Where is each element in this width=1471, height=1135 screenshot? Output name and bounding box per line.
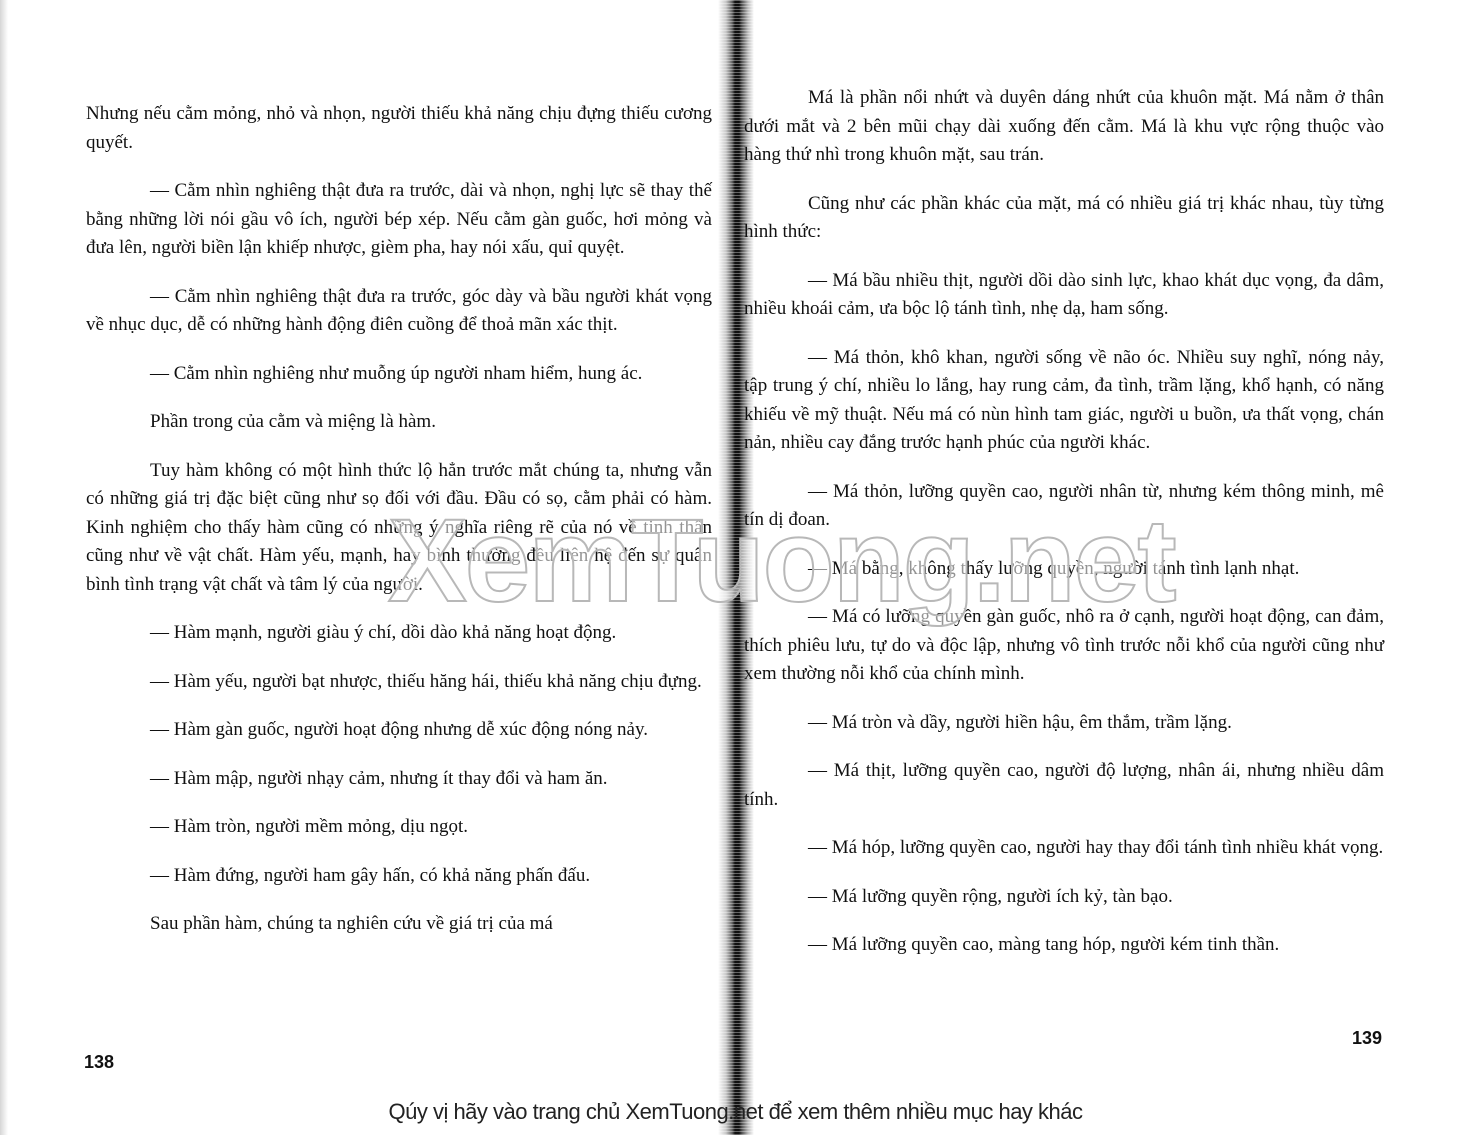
paragraph: — Hàm yếu, người bạt nhược, thiếu hăng h…	[86, 668, 712, 697]
paragraph: Má là phần nổi nhứt và duyên dáng nhứt c…	[744, 84, 1384, 170]
paragraph: — Má bầu nhiều thịt, người dồi dào sinh …	[744, 267, 1384, 324]
paragraph: — Má lưỡng quyền cao, màng tang hóp, ngư…	[744, 931, 1384, 960]
paragraph: — Cằm nhìn nghiêng thật đưa ra trước, dà…	[86, 177, 712, 263]
paragraph: — Má thịt, lưỡng quyền cao, người độ lượ…	[744, 757, 1384, 814]
paragraph: Nhưng nếu cằm mỏng, nhỏ và nhọn, người t…	[86, 100, 712, 157]
paragraph: — Hàm mập, người nhạy cảm, nhưng ít thay…	[86, 765, 712, 794]
left-page-number: 138	[84, 1052, 114, 1073]
paragraph: Cũng như các phần khác của mặt, má có nh…	[744, 190, 1384, 247]
footer-site-link[interactable]: XemTuong.net	[625, 1099, 763, 1124]
paragraph: — Hàm gàn guốc, người hoạt động nhưng dễ…	[86, 716, 712, 745]
right-page: Má là phần nổi nhứt và duyên dáng nhứt c…	[738, 0, 1471, 1090]
footer-banner: Qúy vị hãy vào trang chủ XemTuong.net để…	[0, 1092, 1471, 1132]
footer-text-after: để xem thêm nhiều mục hay khác	[763, 1099, 1083, 1124]
left-page: Nhưng nếu cằm mỏng, nhỏ và nhọn, người t…	[0, 0, 730, 1090]
paragraph: — Hàm tròn, người mềm mỏng, dịu ngọt.	[86, 813, 712, 842]
right-page-text: Má là phần nổi nhứt và duyên dáng nhứt c…	[744, 84, 1384, 980]
paragraph: — Má tròn và dầy, người hiền hậu, êm thắ…	[744, 709, 1384, 738]
right-page-number: 139	[1352, 1028, 1382, 1049]
paragraph: — Má lưỡng quyền rộng, người ích kỷ, tàn…	[744, 883, 1384, 912]
left-page-text: Nhưng nếu cằm mỏng, nhỏ và nhọn, người t…	[86, 100, 712, 959]
paragraph: — Má bằng, không thấy lưỡng quyền, người…	[744, 555, 1384, 584]
footer-text-before: Qúy vị hãy vào trang chủ	[388, 1099, 625, 1124]
paragraph: — Má có lưỡng quyền gàn guốc, nhô ra ở c…	[744, 603, 1384, 689]
paragraph: — Má thỏn, khô khan, người sống về não ó…	[744, 344, 1384, 458]
paragraph: — Hàm đứng, người ham gây hấn, có khả nă…	[86, 862, 712, 891]
paragraph: — Má hóp, lưỡng quyền cao, người hay tha…	[744, 834, 1384, 863]
paragraph: — Cằm nhìn nghiêng thật đưa ra trước, gó…	[86, 283, 712, 340]
paragraph: — Má thỏn, lưỡng quyền cao, người nhân t…	[744, 478, 1384, 535]
paragraph: — Cằm nhìn nghiêng như muỗng úp người nh…	[86, 360, 712, 389]
paragraph: Sau phần hàm, chúng ta nghiên cứu về giá…	[86, 910, 712, 939]
paragraph: — Hàm mạnh, người giàu ý chí, dồi dào kh…	[86, 619, 712, 648]
paragraph: Phần trong của cằm và miệng là hàm.	[86, 408, 712, 437]
paragraph: Tuy hàm không có một hình thức lộ hẳn tr…	[86, 457, 712, 600]
